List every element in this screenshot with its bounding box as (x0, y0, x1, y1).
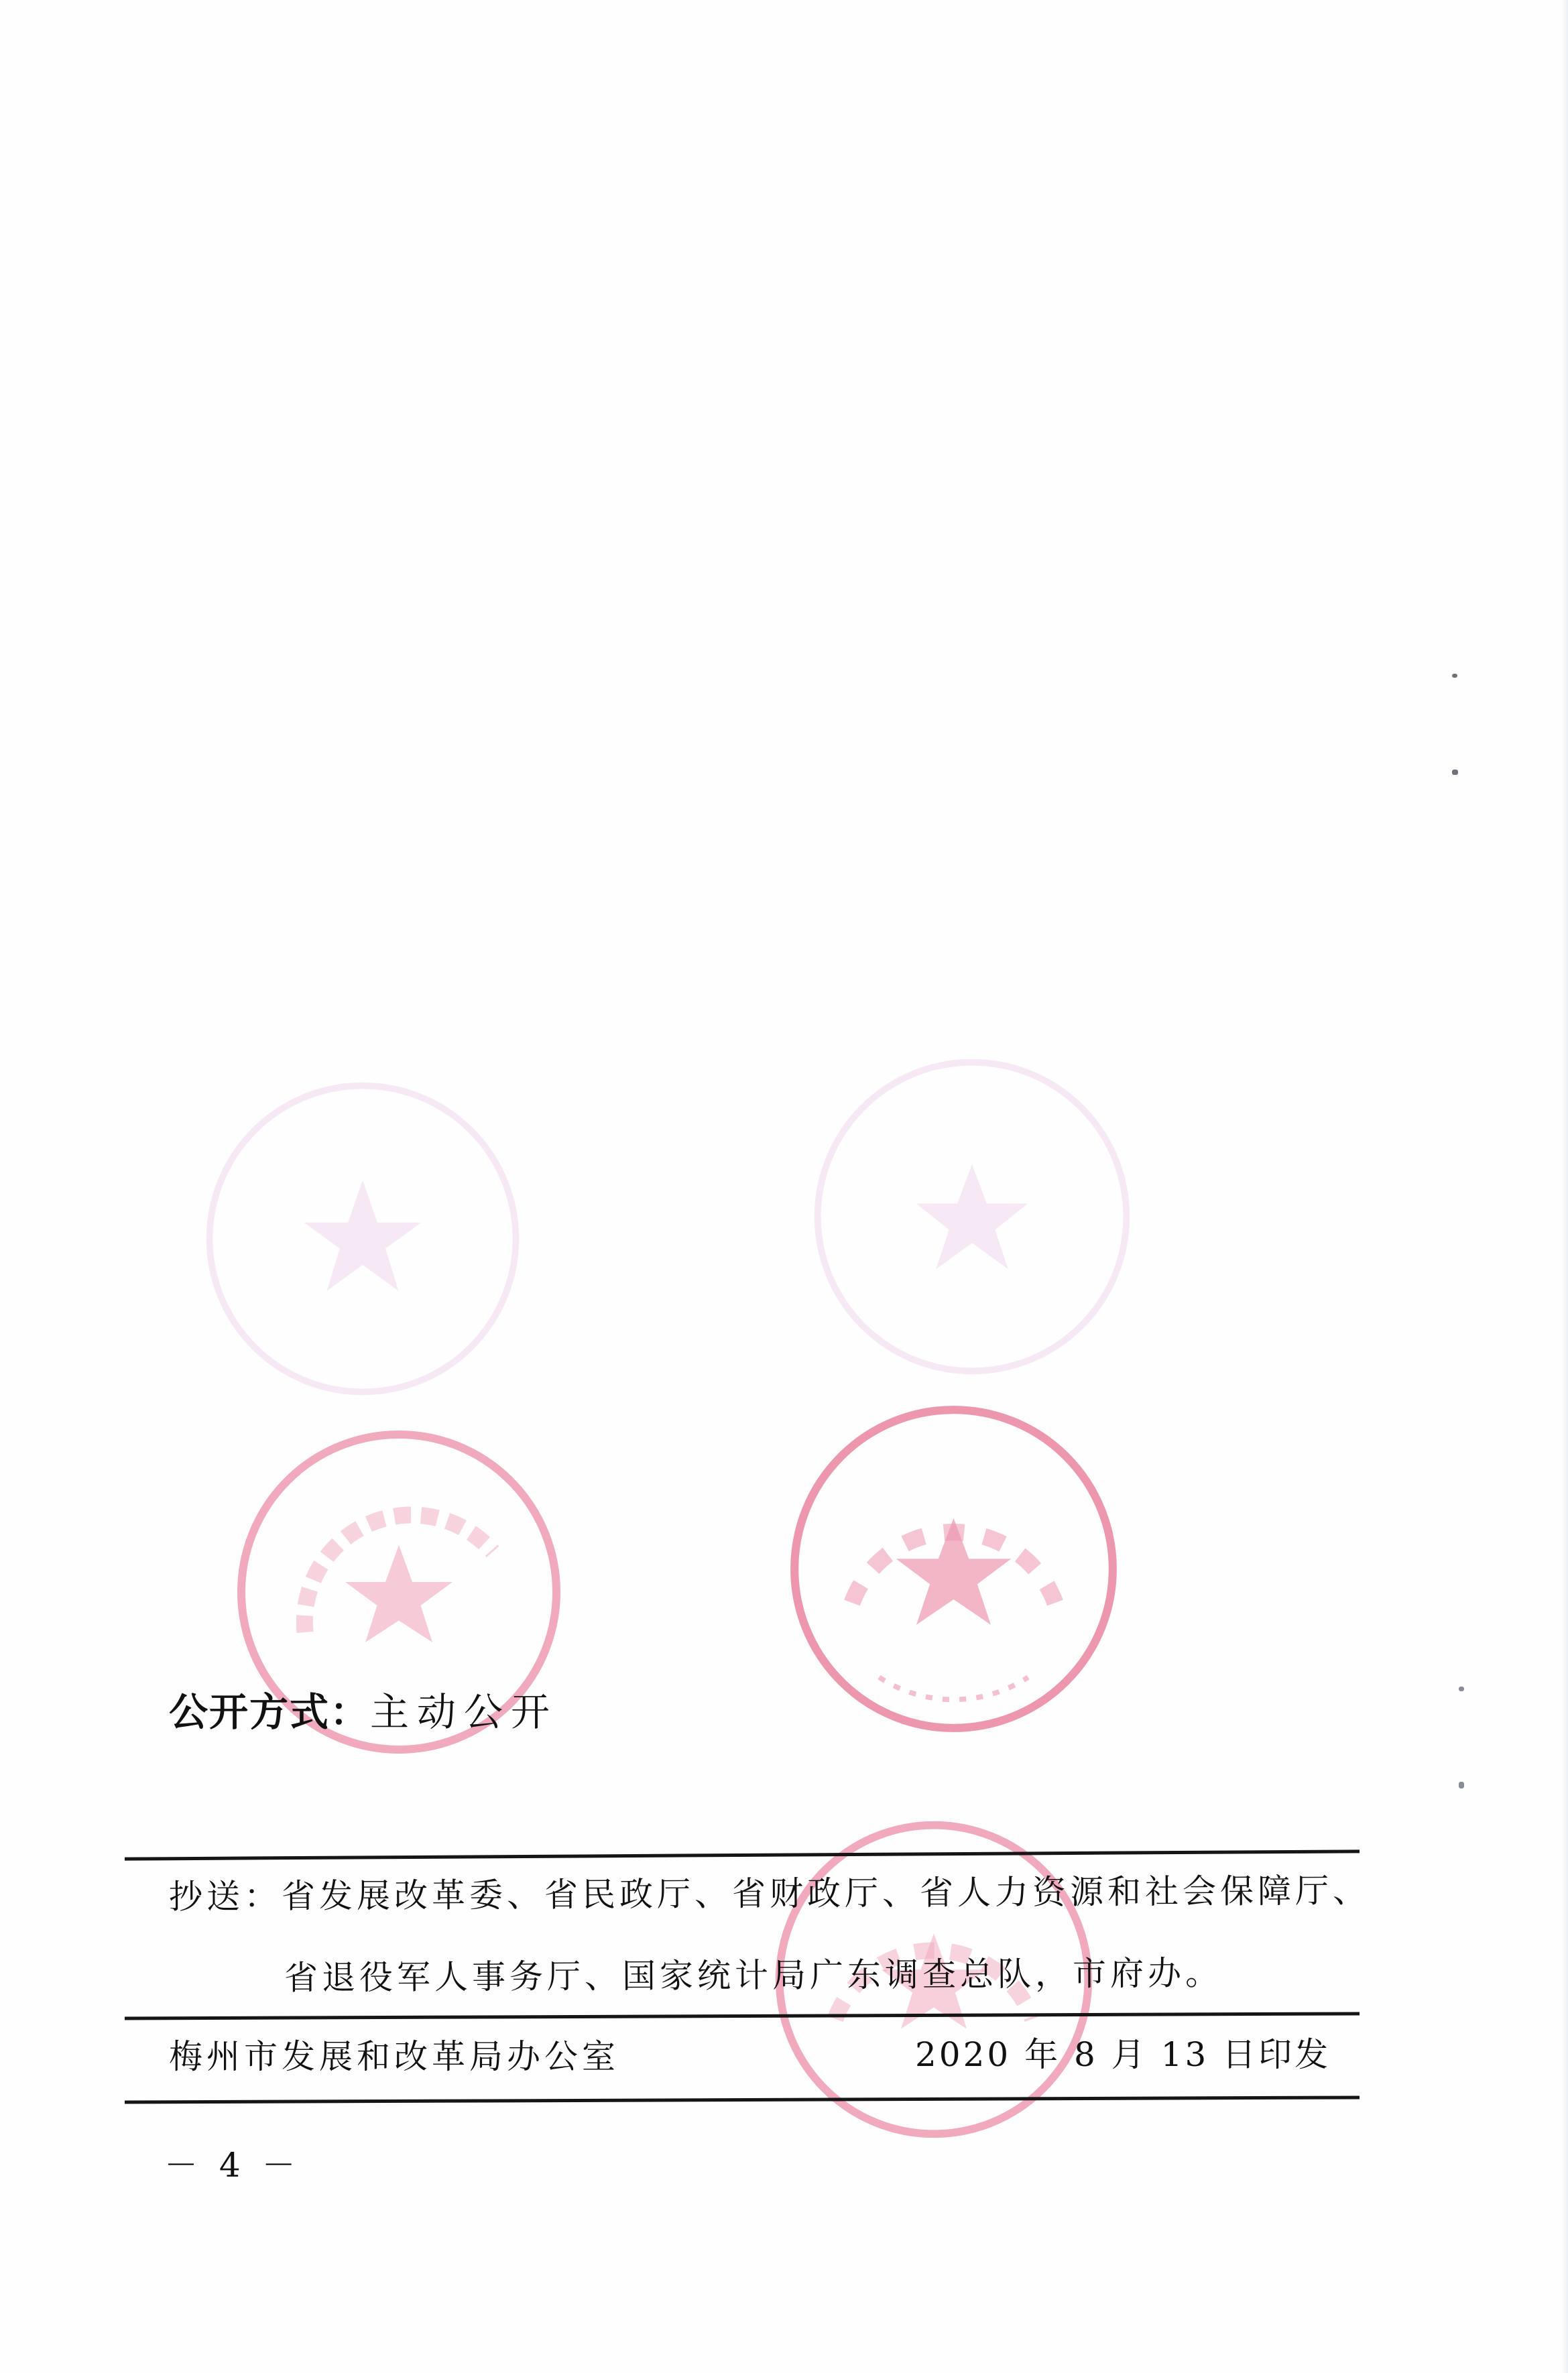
cc-line-2: 省退役军人事务厅、国家统计局广东调查总队，市府办。 (284, 1956, 1223, 1994)
scan-edge (1561, 0, 1568, 2373)
binding-mark (1459, 1687, 1464, 1691)
page-number: － 4 － (164, 2148, 301, 2182)
star-icon (304, 1180, 422, 1291)
disclosure-value: 主动公开 (370, 1689, 558, 1735)
divider-bottom (125, 2095, 1360, 2104)
seal-upper-left (200, 1076, 526, 1402)
issue-date: 2020 年 8 月 13 日印发 (915, 2038, 1331, 2071)
divider-middle (125, 2012, 1360, 2020)
document-page: 公开方式：主动公开 抄送：省发展改革委、省民政厅、省财政厅、省人力资源和社会保障… (0, 0, 1568, 2373)
divider-top (125, 1849, 1360, 1860)
binding-mark (1452, 674, 1457, 678)
seal-lower-right (784, 1400, 1123, 1738)
star-icon (916, 1164, 1028, 1270)
disclosure-line: 公开方式：主动公开 (169, 1693, 558, 1731)
disclosure-label: 公开方式： (169, 1689, 370, 1735)
star-icon (345, 1545, 453, 1642)
seal-upper-right (808, 1052, 1136, 1381)
cc-line-1: 抄送：省发展改革委、省民政厅、省财政厅、省人力资源和社会保障厅、 (169, 1874, 1370, 1913)
official-seal-icon (784, 1400, 1123, 1738)
issuing-office: 梅州市发展和改革局办公室 (169, 2040, 619, 2073)
official-seal-icon (808, 1052, 1136, 1381)
binding-mark (1459, 1782, 1464, 1788)
official-seal-icon (200, 1076, 526, 1402)
binding-mark (1452, 770, 1458, 775)
